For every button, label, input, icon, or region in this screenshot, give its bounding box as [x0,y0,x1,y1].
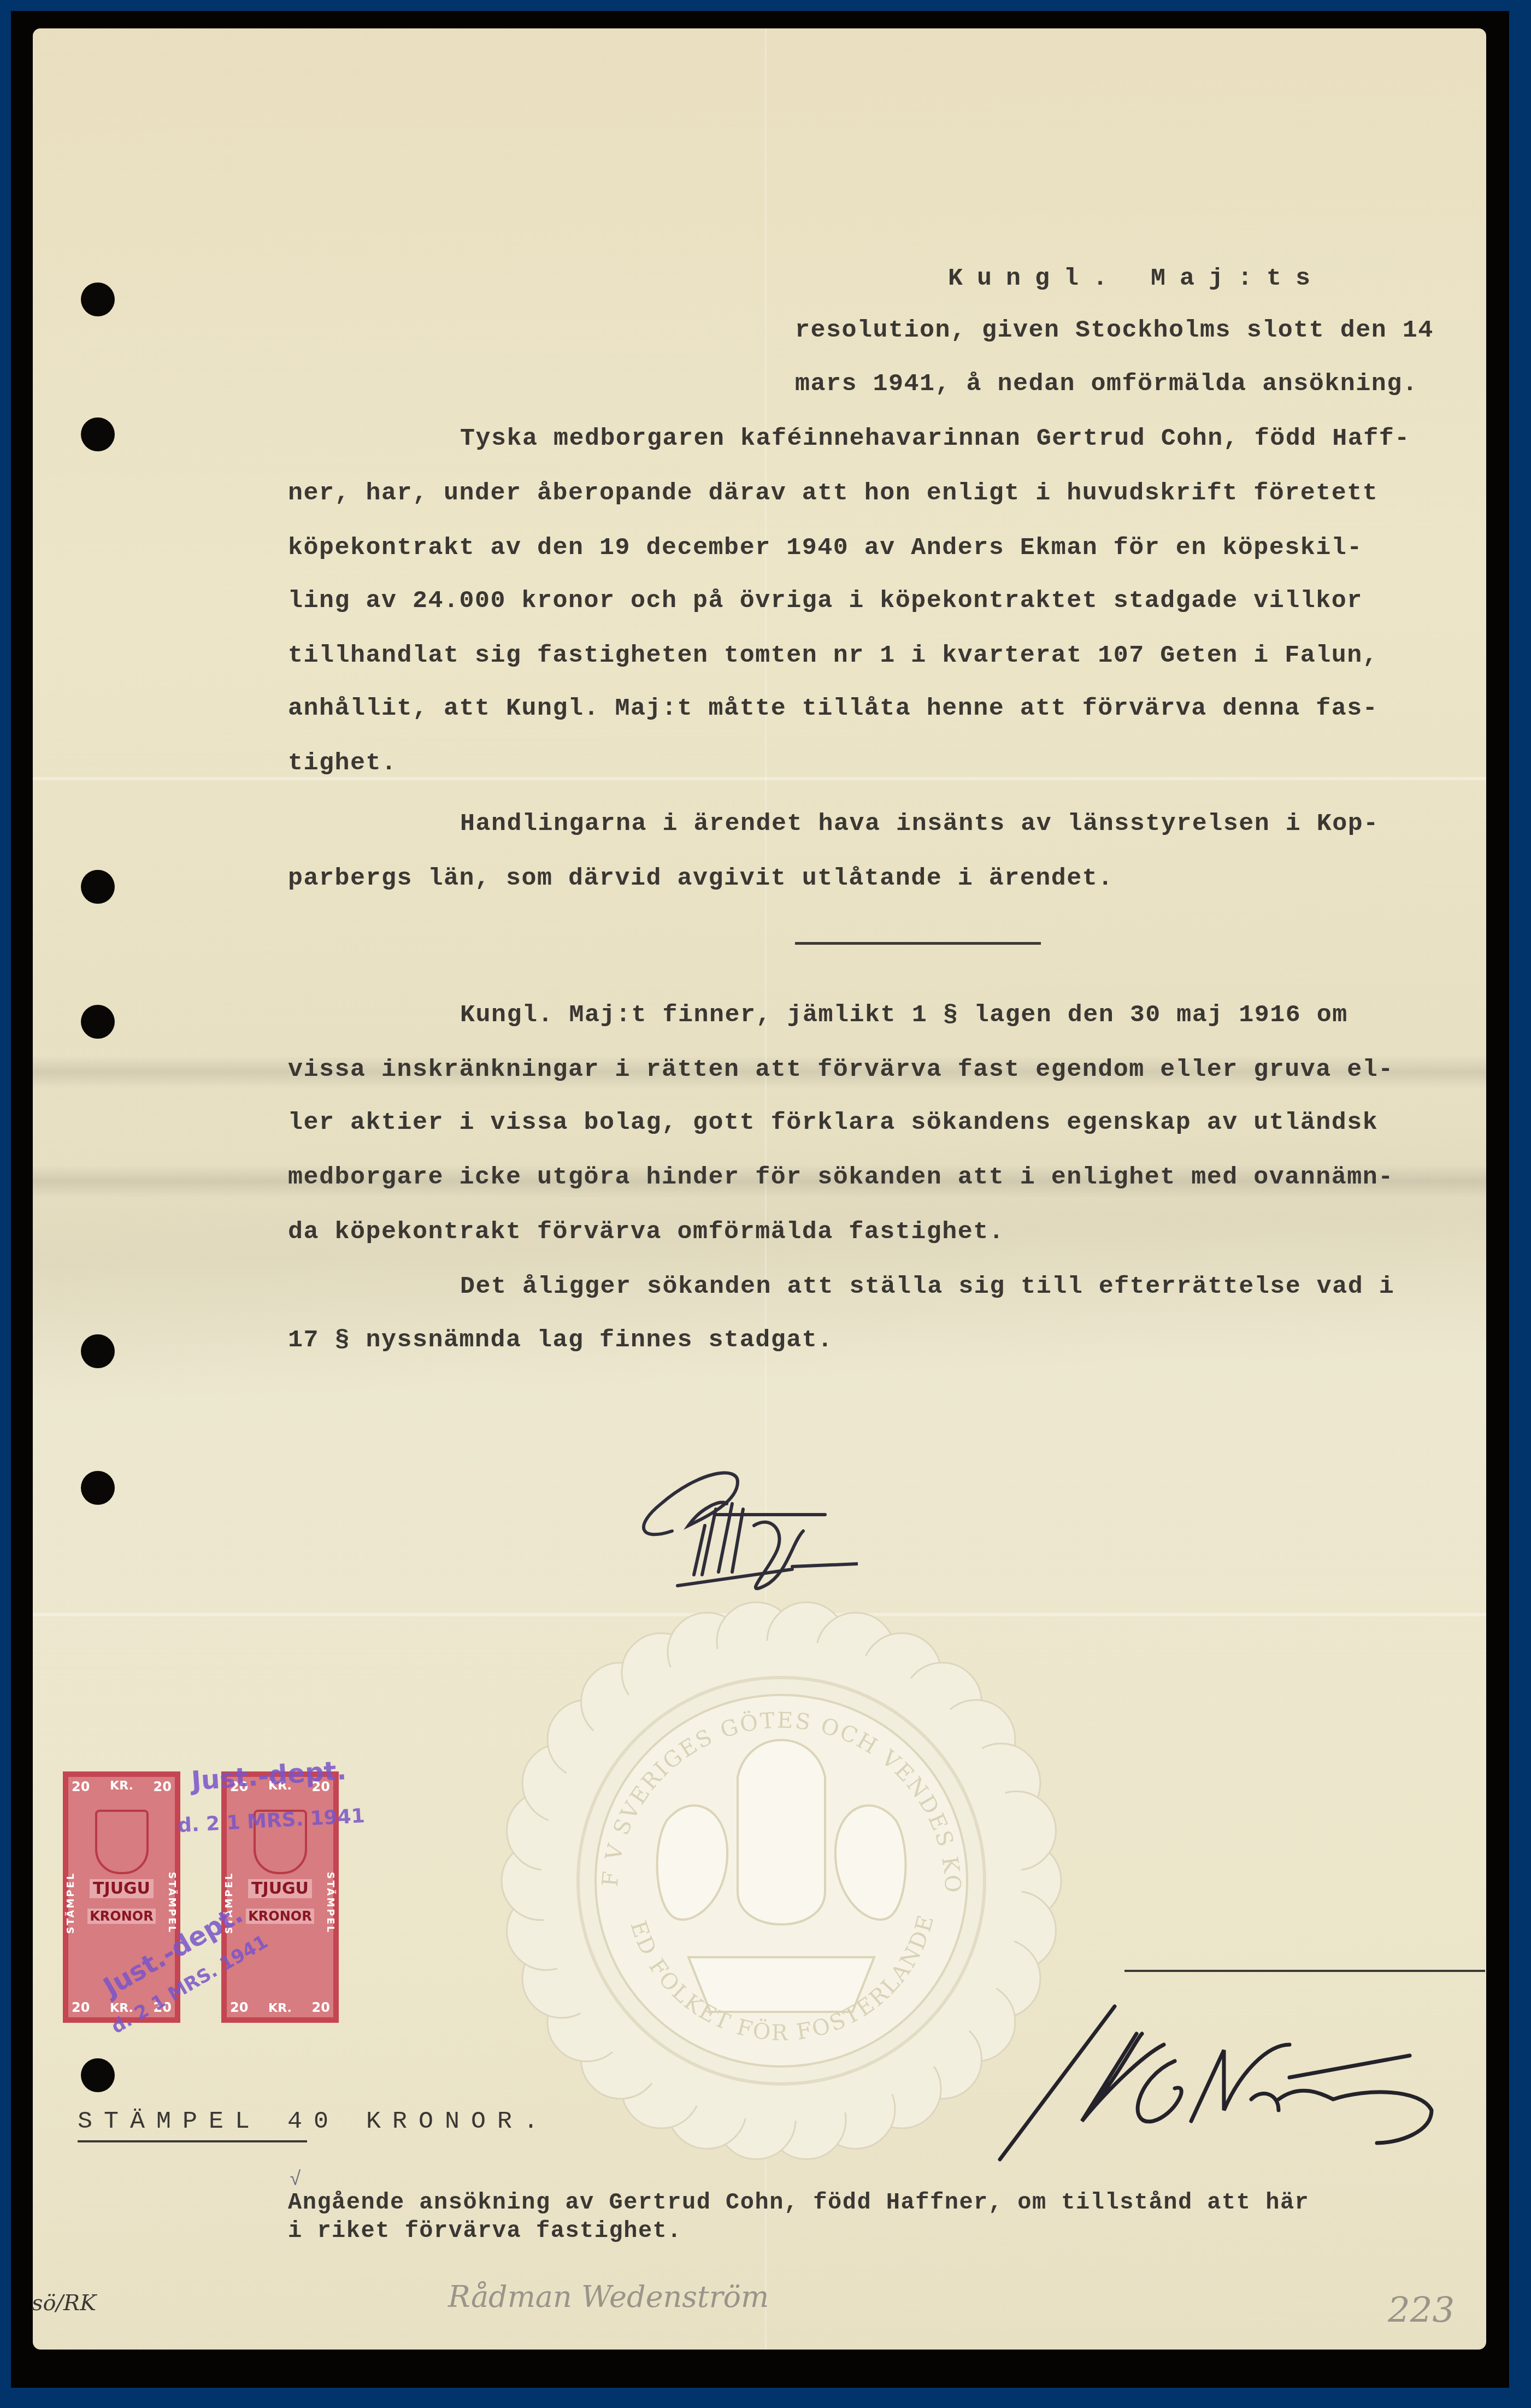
stamp-value-text: KRONOR [246,1909,314,1924]
stamp-value-text: TJUGU [90,1879,154,1898]
paragraph-2-line: parbergs län, som därvid avgivit utlåtan… [288,866,1114,891]
paragraph-3-line: da köpekontrakt förvärva omförmälda fast… [288,1220,1004,1244]
paragraph-3-line: medborgare icke utgöra hinder för sökand… [288,1165,1394,1190]
punch-hole [81,1005,115,1039]
paragraph-3-line: Kungl. Maj:t finner, jämlikt 1 § lagen d… [460,1003,1348,1027]
document-heading: Kungl. Maj:ts [948,266,1324,291]
subject-line: i riket förvärva fastighet. [288,2219,682,2242]
stamp-corner-value: 20 [72,1779,90,1794]
paragraph-1-line: ner, har, under åberopande därav att hon… [288,481,1378,505]
paragraph-1-line: anhållit, att Kungl. Maj:t måtte tillåta… [288,696,1378,721]
paper-crease [33,777,1486,780]
paragraph-3-line: vissa inskränkningar i rätten att förvär… [288,1057,1394,1082]
punch-hole [81,2058,115,2092]
stamp-duty-label: STÄMPEL 40 KRONOR. [78,2109,550,2134]
pencil-note-initials: sö/RK [32,2291,96,2316]
countersignature [994,1990,1486,2165]
royal-signature [628,1449,858,1591]
revenue-stamps: 20 20 KR. TJUGU KRONOR KR. 20 20 STÄMPEL… [63,1750,374,2028]
paragraph-3-line: ler aktier i vissa bolag, gott förklara … [288,1110,1378,1135]
page-number: 223 [1388,2291,1455,2331]
subject-line: Angående ansökning av Gertrud Cohn, född… [288,2191,1309,2214]
paragraph-4-line: 17 § nyssnämnda lag finnes stadgat. [288,1328,833,1352]
stamp-duty-underline [78,2140,307,2142]
pencil-note-name: Rådman Wedenström [448,2280,769,2314]
punch-hole [81,870,115,904]
intro-line: resolution, given Stockholms slott den 1… [795,318,1434,343]
paragraph-1-line: tillhandlat sig fastigheten tomten nr 1 … [288,643,1378,668]
stamp-corner-value: 20 [154,1779,172,1794]
paragraph-2-line: Handlingarna i ärendet hava insänts av l… [460,811,1379,836]
punch-hole [81,417,115,451]
paragraph-1-line: Tyska medborgaren kaféinnehavarinnan Ger… [460,426,1410,451]
check-mark: √ [290,2170,302,2190]
stamp-side-label: STÄMPEL [325,1872,337,1934]
intro-line: mars 1941, å nedan omförmälda ansökning. [795,372,1418,396]
stamp-unit: KR. [268,2001,292,2015]
punch-hole [81,282,115,316]
stamp-side-label: STÄMPEL [65,1872,76,1934]
paragraph-1-line: köpekontrakt av den 19 december 1940 av … [288,535,1363,560]
section-divider [795,942,1041,945]
signature-line [1124,1970,1485,1972]
punch-hole [81,1471,115,1505]
stamp-value-text: KRONOR [87,1909,155,1924]
document-page: Kungl. Maj:ts resolution, given Stockhol… [33,28,1486,2350]
stamp-side-label: STÄMPEL [167,1872,178,1934]
punch-hole [81,1334,115,1368]
paragraph-1-line: ling av 24.000 kronor och på övriga i kö… [288,588,1363,613]
embossed-royal-seal: GUSTAF V SVERIGES GÖTES OCH VENDES KONUN… [492,1586,1071,2165]
stamp-corner-value: 20 [72,2000,90,2015]
paragraph-1-line: tighet. [288,751,397,775]
coat-of-arms-icon [95,1810,149,1874]
stamp-unit: KR. [110,1779,133,1793]
stamp-corner-value: 20 [230,2000,248,2015]
stamp-corner-value: 20 [312,2000,330,2015]
stamp-value-text: TJUGU [248,1879,312,1898]
paragraph-4-line: Det åligger sökanden att ställa sig till… [460,1274,1394,1299]
